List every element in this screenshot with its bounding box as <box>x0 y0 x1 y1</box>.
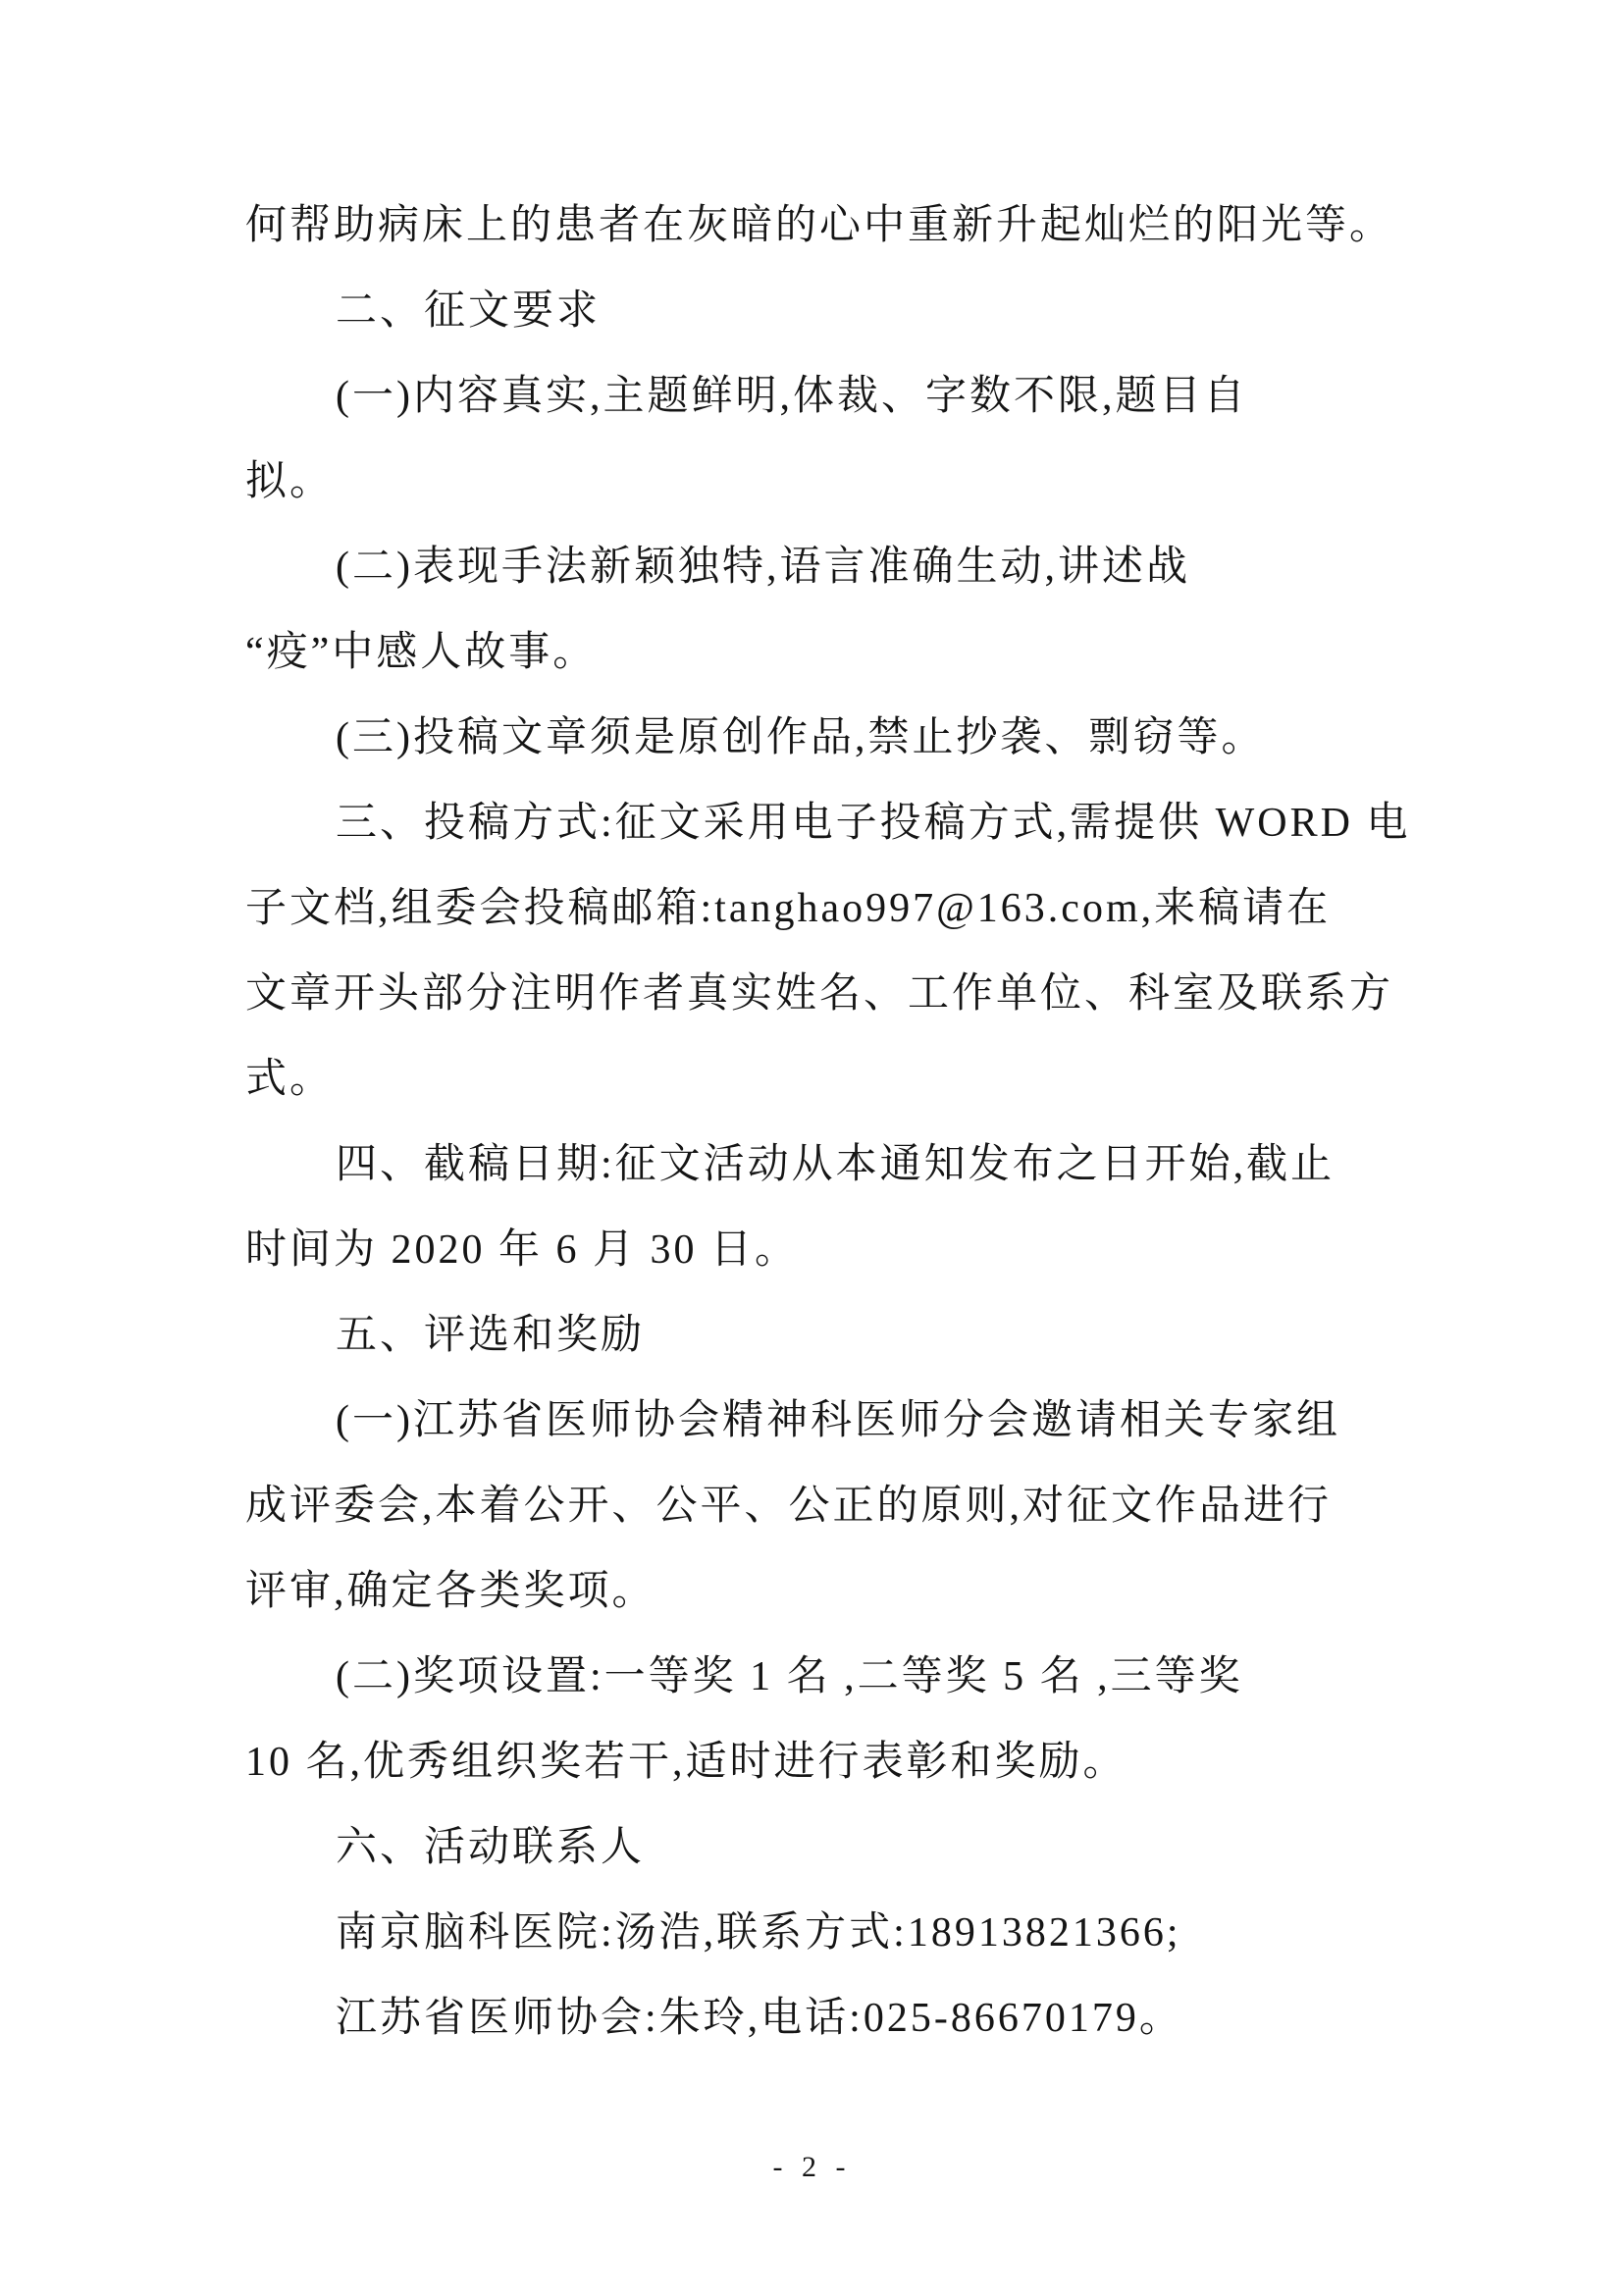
text-line: 10 名,优秀组织奖若干,适时进行表彰和奖励。 <box>245 1720 1403 1805</box>
text-line: (三)投稿文章须是原创作品,禁止抄袭、剽窃等。 <box>245 696 1403 781</box>
text-line-section-2-heading: 二、征文要求 <box>245 269 1403 354</box>
text-line-awards: (二)奖项设置:一等奖 1 名 ,二等奖 5 名 ,三等奖 <box>245 1635 1403 1720</box>
text-line-section-5-heading: 五、评选和奖励 <box>245 1293 1403 1379</box>
text-line-email: 子文档,组委会投稿邮箱:tanghao997@163.com,来稿请在 <box>245 866 1403 952</box>
text-line: 拟。 <box>245 440 1403 525</box>
document-page: 何帮助病床上的患者在灰暗的心中重新升起灿烂的阳光等。 二、征文要求 (一)内容真… <box>0 0 1624 2295</box>
text-line-contact-1: 南京脑科医院:汤浩,联系方式:18913821366; <box>245 1891 1403 1976</box>
text-line-deadline: 时间为 2020 年 6 月 30 日。 <box>245 1208 1403 1293</box>
text-line: 文章开头部分注明作者真实姓名、工作单位、科室及联系方 <box>245 952 1403 1037</box>
text-line: (一)江苏省医师协会精神科医师分会邀请相关专家组 <box>245 1379 1403 1464</box>
page-number: - 2 - <box>0 2151 1624 2184</box>
text-line-section-6-heading: 六、活动联系人 <box>245 1805 1403 1891</box>
text-line-section-4-heading: 四、截稿日期:征文活动从本通知发布之日开始,截止 <box>245 1122 1403 1208</box>
text-line-section-3-heading: 三、投稿方式:征文采用电子投稿方式,需提供 WORD 电 <box>245 781 1403 866</box>
text-line: (一)内容真实,主题鲜明,体裁、字数不限,题目自 <box>245 354 1403 440</box>
text-line: 何帮助病床上的患者在灰暗的心中重新升起灿烂的阳光等。 <box>245 183 1403 269</box>
text-line: 式。 <box>245 1037 1403 1122</box>
document-body: 何帮助病床上的患者在灰暗的心中重新升起灿烂的阳光等。 二、征文要求 (一)内容真… <box>245 183 1403 2061</box>
text-line: 评审,确定各类奖项。 <box>245 1549 1403 1635</box>
text-line: “疫”中感人故事。 <box>245 610 1403 696</box>
text-line: (二)表现手法新颖独特,语言准确生动,讲述战 <box>245 525 1403 610</box>
text-line-contact-2: 江苏省医师协会:朱玲,电话:025-86670179。 <box>245 1976 1403 2061</box>
text-line: 成评委会,本着公开、公平、公正的原则,对征文作品进行 <box>245 1464 1403 1549</box>
